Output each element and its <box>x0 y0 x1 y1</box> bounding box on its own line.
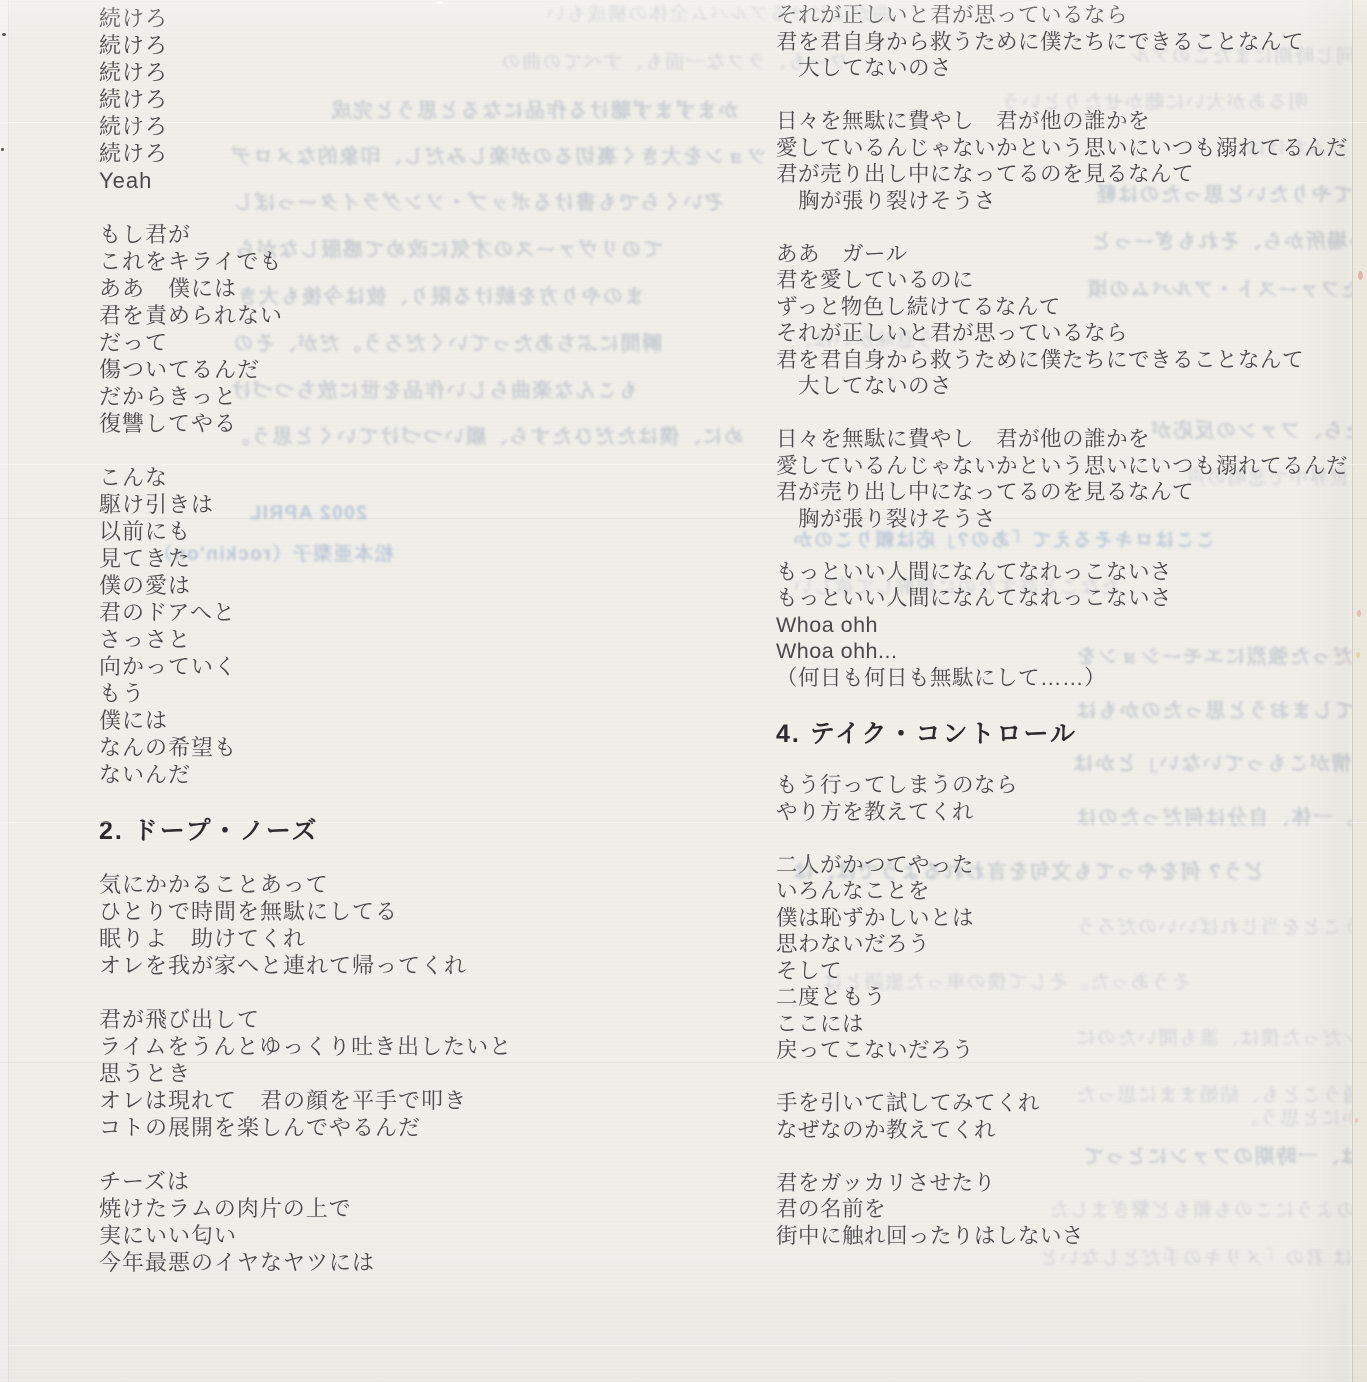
lyrics-line: 続けろ <box>99 32 512 59</box>
lyrics-line: もっといい人間になんてなれっこないさ <box>776 559 1348 586</box>
lyrics-line: 愛しているんじゃないかという思いにいつも溺れてるんだ <box>776 453 1348 480</box>
lyrics-stanza: 手を引いて試してみてくれなぜなのか教えてくれ <box>776 1090 1348 1143</box>
lyrics-stanza: もっといい人間になんてなれっこないさもっといい人間になんてなれっこないさWhoa… <box>776 559 1348 692</box>
lyrics-line: 街中に触れ回ったりはしないさ <box>776 1223 1348 1250</box>
lyrics-line: ライムをうんとゆっくり吐き出したいと <box>99 1033 512 1060</box>
lyrics-line: 続けろ <box>99 86 512 113</box>
lyrics-line: 僕は恥ずかしいとは <box>776 905 1348 932</box>
lyrics-line: だって <box>99 329 512 356</box>
lyrics-line: 気にかかることあって <box>99 871 512 898</box>
lyrics-line: 続けろ <box>99 140 512 167</box>
lyrics-line: 君のドアへと <box>99 599 512 626</box>
lyrics-line: オレを我が家へと連れて帰ってくれ <box>99 952 512 979</box>
lyrics-stanza: 君が飛び出してライムをうんとゆっくり吐き出したいと思うときオレは現れて 君の顔を… <box>99 1006 512 1141</box>
lyrics-line: 以前にも <box>99 518 512 545</box>
lyrics-line: ないんだ <box>99 761 512 788</box>
lyrics-line: それが正しいと君が思っているなら <box>776 2 1348 29</box>
lyrics-line: 実にいい匂い <box>99 1222 512 1249</box>
lyrics-line: さっさと <box>99 626 512 653</box>
lyrics-line: 手を引いて試してみてくれ <box>776 1090 1348 1117</box>
lyrics-stanza: チーズは焼けたラムの肉片の上で実にいい匂い今年最悪のイヤなヤツには <box>99 1168 512 1276</box>
lyrics-line: 駆け引きは <box>99 491 512 518</box>
lyrics-stanza: 気にかかることあってひとりで時間を無駄にしてる眠りよ 助けてくれオレを我が家へと… <box>99 871 512 979</box>
lyrics-column-right: それが正しいと君が思っているなら君を君自身から救うために僕たちにできることなんて… <box>776 2 1348 1276</box>
lyrics-line: ひとりで時間を無駄にしてる <box>99 898 512 925</box>
lyrics-line: 向かっていく <box>99 653 512 680</box>
lyrics-line: 胸が張り裂けそうさ <box>776 188 1348 215</box>
lyrics-stanza: 二人がかつてやったいろんなことを僕は恥ずかしいとは思わないだろうそして二度ともう… <box>776 852 1348 1064</box>
lyrics-line: なぜなのか教えてくれ <box>776 1117 1348 1144</box>
lyrics-line: 大してないのさ <box>776 55 1348 82</box>
lyrics-line: こんな <box>99 464 512 491</box>
lyrics-line: 傷ついてるんだ <box>99 356 512 383</box>
lyrics-line: 続けろ <box>99 5 512 32</box>
song-title-heading: 4. テイク・コントロール <box>776 718 1348 750</box>
lyrics-line: だからきっと <box>99 383 512 410</box>
lyrics-line: 君を君自身から救うために僕たちにできることなんて <box>776 347 1348 374</box>
lyrics-line: 思うとき <box>99 1060 512 1087</box>
lyrics-line: 日々を無駄に費やし 君が他の誰かを <box>776 426 1348 453</box>
lyrics-line: チーズは <box>99 1168 512 1195</box>
lyrics-line: それが正しいと君が思っているなら <box>776 320 1348 347</box>
lyrics-line: 僕の愛は <box>99 572 512 599</box>
lyrics-line: 君を君自身から救うために僕たちにできることなんて <box>776 29 1348 56</box>
lyrics-stanza: 続けろ続けろ続けろ続けろ続けろ続けろYeah <box>99 5 512 194</box>
lyrics-line: 戻ってこないだろう <box>776 1037 1348 1064</box>
page-left-edge-strip <box>0 0 9 1382</box>
lyrics-stanza: 君をガッカリさせたり君の名前を街中に触れ回ったりはしないさ <box>776 1170 1348 1250</box>
lyrics-line: （何日も何日も無駄にして……） <box>776 665 1348 692</box>
lyrics-line: 二人がかつてやった <box>776 852 1348 879</box>
lyrics-line: もう <box>99 680 512 707</box>
page-right-edge-strip <box>1352 0 1367 1382</box>
lyrics-line: もし君が <box>99 221 512 248</box>
lyrics-line: 僕には <box>99 707 512 734</box>
lyrics-line: 今年最悪のイヤなヤツには <box>99 1249 512 1276</box>
lyrics-line: 君を愛しているのに <box>776 267 1348 294</box>
lyrics-line: ああ 僕には <box>99 275 512 302</box>
lyrics-stanza: それが正しいと君が思っているなら君を君自身から救うために僕たちにできることなんて… <box>776 2 1348 82</box>
lyrics-line: 復讐してやる <box>99 410 512 437</box>
lyrics-line: 君を責められない <box>99 302 512 329</box>
lyrics-line: Yeah <box>99 167 512 194</box>
lyrics-line: 続けろ <box>99 59 512 86</box>
lyrics-stanza: もう行ってしまうのならやり方を教えてくれ <box>776 772 1348 825</box>
lyrics-line: やり方を教えてくれ <box>776 799 1348 826</box>
lyrics-line: いろんなことを <box>776 878 1348 905</box>
lyrics-stanza: 日々を無駄に費やし 君が他の誰かを愛しているんじゃないかという思いにいつも溺れて… <box>776 108 1348 214</box>
lyrics-line: 思わないだろう <box>776 931 1348 958</box>
lyrics-line: コトの展開を楽しんでやるんだ <box>99 1114 512 1141</box>
lyrics-line: 二度ともう <box>776 984 1348 1011</box>
lyrics-line: Whoa ohh... <box>776 638 1348 665</box>
lyrics-stanza: こんな駆け引きは以前にも見てきた僕の愛は君のドアへとさっさと向かっていくもう僕に… <box>99 464 512 788</box>
lyrics-line: なんの希望も <box>99 734 512 761</box>
lyrics-stanza: ああ ガール君を愛しているのにずっと物色し続けてるなんてそれが正しいと君が思って… <box>776 241 1348 400</box>
lyrics-line: 君が飛び出して <box>99 1006 512 1033</box>
lyrics-line: 胸が張り裂けそうさ <box>776 506 1348 533</box>
scan-speck-light <box>436 1 443 4</box>
lyrics-line: 君をガッカリさせたり <box>776 1170 1348 1197</box>
lyrics-line: もっといい人間になんてなれっこないさ <box>776 585 1348 612</box>
lyrics-line: ずっと物色し続けてるなんて <box>776 294 1348 321</box>
lyrics-line: ああ ガール <box>776 241 1348 268</box>
lyrics-line: 君が売り出し中になってるのを見るなんて <box>776 479 1348 506</box>
lyrics-line: 眠りよ 助けてくれ <box>99 925 512 952</box>
lyrics-line: これをキライでも <box>99 248 512 275</box>
lyrics-line: 君の名前を <box>776 1196 1348 1223</box>
lyrics-column-left: 続けろ続けろ続けろ続けろ続けろ続けろYeahもし君がこれをキライでもああ 僕には… <box>99 5 512 1303</box>
lyrics-line: 続けろ <box>99 113 512 140</box>
lyrics-line: 焼けたラムの肉片の上で <box>99 1195 512 1222</box>
lyrics-line: 大してないのさ <box>776 373 1348 400</box>
lyrics-stanza: 日々を無駄に費やし 君が他の誰かを愛しているんじゃないかという思いにいつも溺れて… <box>776 426 1348 532</box>
lyrics-line: 日々を無駄に費やし 君が他の誰かを <box>776 108 1348 135</box>
booklet-page-scan: 曲がはじけるアルバム全体の構成もいワーも、ラフな一面も、すべての曲のかまずまず聴… <box>0 0 1367 1382</box>
lyrics-line: Whoa ohh <box>776 612 1348 639</box>
lyrics-line: 君が売り出し中になってるのを見るなんて <box>776 161 1348 188</box>
lyrics-line: もう行ってしまうのなら <box>776 772 1348 799</box>
lyrics-stanza: もし君がこれをキライでもああ 僕には君を責められないだって傷ついてるんだだからき… <box>99 221 512 437</box>
lyrics-line: ここには <box>776 1011 1348 1038</box>
lyrics-line: オレは現れて 君の顔を平手で叩き <box>99 1087 512 1114</box>
lyrics-line: 見てきた <box>99 545 512 572</box>
lyrics-line: そして <box>776 958 1348 985</box>
scan-streak <box>0 1345 1367 1346</box>
song-title-heading: 2. ドープ・ノーズ <box>99 815 512 847</box>
lyrics-line: 愛しているんじゃないかという思いにいつも溺れてるんだ <box>776 135 1348 162</box>
